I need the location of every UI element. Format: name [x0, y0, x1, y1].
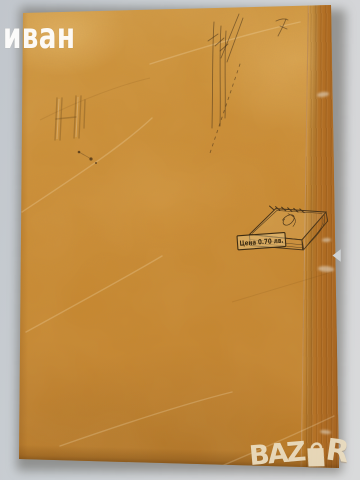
seller-watermark: иван [3, 16, 75, 57]
marketplace-watermark: BAZ R [248, 429, 347, 468]
marketplace-watermark-text: R [324, 435, 349, 468]
price-stamp: Цена 0.70 лв. [233, 193, 337, 262]
listing-photo: Цена 0.70 лв. иван BAZ R [0, 0, 360, 480]
book-back-cover: Цена 0.70 лв. [0, 0, 360, 480]
marketplace-watermark-text: BAZ [248, 438, 305, 470]
